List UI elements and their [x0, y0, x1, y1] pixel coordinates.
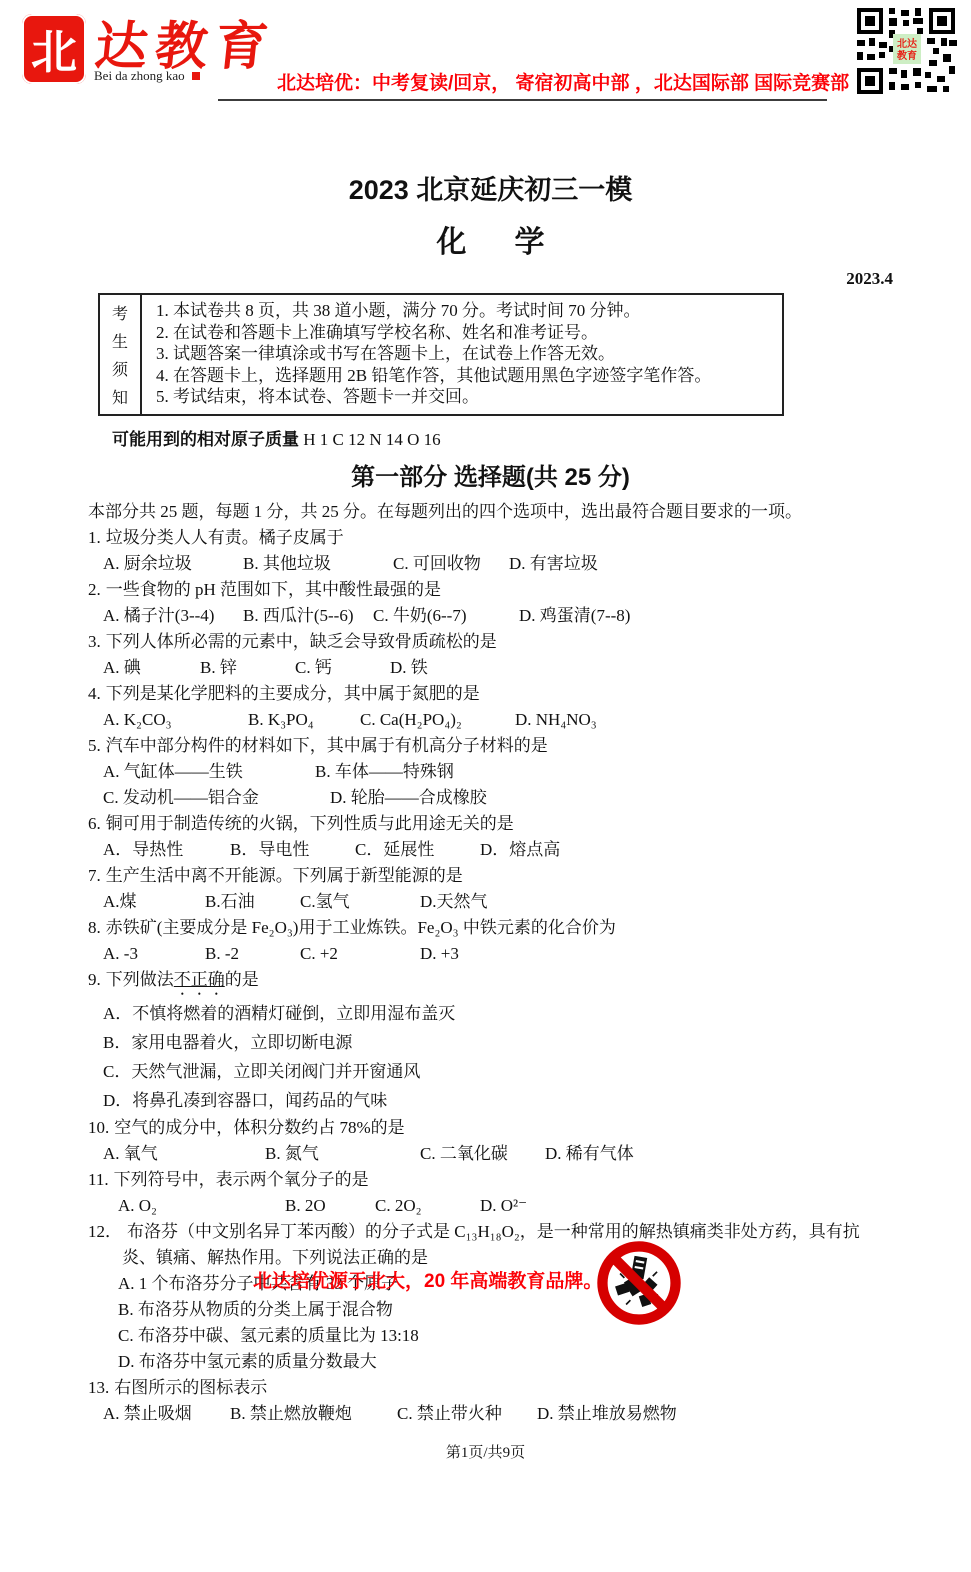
option: B．家用电器着火，立即切断电源: [103, 1028, 893, 1057]
option: D. 禁止堆放易燃物: [537, 1401, 677, 1427]
question-10: 10.空气的成分中，体积分数约占 78%的是 A. 氧气 B. 氮气 C. 二氧…: [88, 1115, 893, 1167]
option: B. 氮气: [265, 1141, 420, 1167]
option: D. O²⁻: [480, 1193, 527, 1219]
option: C. 禁止带火种: [397, 1401, 537, 1427]
notice-item: 2. 在试卷和答题卡上准确填写学校名称、姓名和准考证号。: [156, 322, 711, 344]
exam-date: 2023.4: [88, 269, 893, 289]
question-stem: 下列人体所必需的元素中，缺乏会导致骨质疏松的是: [106, 632, 497, 651]
no-firecrackers-sign-icon: [596, 1240, 682, 1326]
notice-item: 3. 试题答案一律填涂或书写在答题卡上，在试卷上作答无效。: [156, 343, 711, 365]
option: A. O₂: [118, 1193, 285, 1219]
qr-center-text-1: 北达: [897, 37, 917, 50]
question-number: 4.: [88, 684, 101, 703]
atomic-mass-line: 可能用到的相对原子质量 H 1 C 12 N 14 O 16: [112, 425, 893, 450]
question-stem: 赤铁矿(主要成分是 Fe₂O₃)用于工业炼铁。Fe₂O₃ 中铁元素的化合价为: [106, 918, 616, 937]
option: A．不慎将燃着的酒精灯碰倒，立即用湿布盖灭: [103, 999, 893, 1028]
question-stem: 下列符号中，表示两个氧分子的是: [114, 1170, 369, 1189]
question-stem-emphasis: 不正确: [174, 970, 225, 989]
section-heading: 第一部分 选择题(共 25 分): [88, 457, 893, 492]
question-number: 9.: [88, 970, 101, 989]
notice-label-char: 生: [112, 329, 128, 352]
notice-label-char: 知: [112, 385, 128, 408]
question-1: 1.垃圾分类人人有责。橘子皮属于 A. 厨余垃圾 B. 其他垃圾 C. 可回收物…: [88, 525, 893, 577]
question-number: 12．: [88, 1222, 122, 1241]
notice-item: 4. 在答题卡上，选择题用 2B 铅笔作答，其他试题用黑色字迹签字笔作答。: [156, 365, 711, 387]
section-intro: 本部分共 25 题，每题 1 分，共 25 分。在每题列出的四个选项中，选出最符…: [88, 497, 893, 522]
question-9: 9.下列做法不正确的是 A．不慎将燃着的酒精灯碰倒，立即用湿布盖灭 B．家用电器…: [88, 967, 893, 1115]
option: D. +3: [420, 941, 459, 967]
question-8: 8.赤铁矿(主要成分是 Fe₂O₃)用于工业炼铁。Fe₂O₃ 中铁元素的化合价为…: [88, 915, 893, 967]
notice-item: 5. 考试结束，将本试卷、答题卡一并交回。: [156, 386, 711, 408]
question-number: 11.: [88, 1170, 109, 1189]
question-12: 12．布洛芬（中文别名异丁苯丙酸）的分子式是 C₁₃H₁₈O₂，是一种常用的解热…: [88, 1219, 893, 1375]
red-square-icon: [192, 72, 200, 80]
exam-title: 2023 北京延庆初三一模: [88, 168, 893, 207]
option: D. 有害垃圾: [509, 551, 598, 577]
option: D. 稀有气体: [545, 1141, 634, 1167]
question-number: 13.: [88, 1378, 109, 1397]
question-number: 1.: [88, 528, 101, 547]
option: A. 碘: [103, 655, 200, 681]
question-6: 6.铜可用于制造传统的火锅，下列性质与此用途无关的是 A．导热性 B．导电性 C…: [88, 811, 893, 863]
question-stem: 下列做法: [106, 970, 174, 989]
question-11: 11.下列符号中，表示两个氧分子的是 A. O₂ B. 2O C. 2O₂ D.…: [88, 1167, 893, 1219]
option: B. 其他垃圾: [243, 551, 393, 577]
question-stem: 一些食物的 pH 范围如下，其中酸性最强的是: [106, 580, 441, 599]
option: B. -2: [205, 941, 300, 967]
option: B. 锌: [200, 655, 295, 681]
option: A. K₂CO₃: [103, 707, 248, 733]
option: A. 禁止吸烟: [103, 1401, 230, 1427]
option: C. 牛奶(6--7): [373, 603, 519, 629]
question-number: 5.: [88, 736, 101, 755]
option: D. 轮胎——合成橡胶: [330, 785, 487, 811]
question-number: 7.: [88, 866, 101, 885]
question-number: 8.: [88, 918, 101, 937]
option: A．导热性: [103, 837, 230, 863]
exam-subject: 化学: [88, 217, 893, 261]
question-5: 5.汽车中部分构件的材料如下，其中属于有机高分子材料的是 A. 气缸体——生铁 …: [88, 733, 893, 811]
question-stem: 垃圾分类人人有责。橘子皮属于: [106, 528, 344, 547]
question-stem: 生产生活中离不开能源。下列属于新型能源的是: [106, 866, 463, 885]
option: D．将鼻孔凑到容器口，闻药品的气味: [103, 1086, 893, 1115]
option: B. 2O: [285, 1193, 375, 1219]
option: A. 氧气: [103, 1141, 265, 1167]
notice-items: 1. 本试卷共 8 页，共 38 道小题，满分 70 分。考试时间 70 分钟。…: [142, 295, 725, 414]
promo-banner: 北达培优：中考复读/回京， 寄宿初高中部 ，北达国际部 国际竞赛部: [277, 68, 849, 95]
option: A. 厨余垃圾: [103, 551, 243, 577]
question-stem: 右图所示的图标表示: [114, 1378, 267, 1397]
option: A. -3: [103, 941, 205, 967]
option: A. 橘子汁(3--4): [103, 603, 243, 629]
question-stem: 下列是某化学肥料的主要成分，其中属于氮肥的是: [106, 684, 480, 703]
option: C.氢气: [300, 889, 420, 915]
qr-center-text-2: 教育: [896, 49, 917, 62]
logo-subtitle: Bei da zhong kao: [94, 68, 200, 84]
option: B. 布洛芬从物质的分类上属于混合物: [118, 1297, 893, 1323]
question-stem: 汽车中部分构件的材料如下，其中属于有机高分子材料的是: [106, 736, 548, 755]
question-stem: 的是: [225, 970, 259, 989]
logo-seal-icon: 北: [22, 14, 86, 84]
question-number: 10.: [88, 1118, 109, 1137]
option: C. 二氧化碳: [420, 1141, 545, 1167]
notice-label-char: 考: [112, 301, 128, 324]
question-13: 13.右图所示的图标表示 A. 禁止吸烟 B. 禁止燃放鞭炮 C. 禁止带火种 …: [88, 1375, 893, 1427]
option: C. +2: [300, 941, 420, 967]
option: C．天然气泄漏，立即关闭阀门并开窗通风: [103, 1057, 893, 1086]
option: D. 布洛芬中氢元素的质量分数最大: [118, 1349, 893, 1375]
option: C．延展性: [355, 837, 480, 863]
option: C. 发动机——铝合金: [103, 785, 330, 811]
question-4: 4.下列是某化学肥料的主要成分，其中属于氮肥的是 A. K₂CO₃ B. K₃P…: [88, 681, 893, 733]
option: C. Ca(H₂PO₄)₂: [360, 707, 515, 733]
option: D. NH₄NO₃: [515, 707, 597, 733]
logo-seal-char: 北: [31, 16, 77, 82]
atomic-mass-label: 可能用到的相对原子质量: [112, 430, 299, 449]
option: D.天然气: [420, 889, 488, 915]
notice-label: 考 生 须 知: [100, 295, 142, 414]
question-stem: 布洛芬（中文别名异丁苯丙酸）的分子式是 C₁₃H₁₈O₂，是一种常用的解热镇痛类…: [122, 1222, 860, 1267]
question-3: 3.下列人体所必需的元素中，缺乏会导致骨质疏松的是 A. 碘 B. 锌 C. 钙…: [88, 629, 893, 681]
option: B. 西瓜汁(5--6): [243, 603, 373, 629]
header-divider: [218, 99, 827, 101]
option: C. 可回收物: [393, 551, 509, 577]
candidate-notice-box: 考 生 须 知 1. 本试卷共 8 页，共 38 道小题，满分 70 分。考试时…: [98, 293, 784, 416]
option: C. 2O₂: [375, 1193, 480, 1219]
option: A.煤: [103, 889, 205, 915]
option: B. K₃PO₄: [248, 707, 360, 733]
question-stem: 铜可用于制造传统的火锅，下列性质与此用途无关的是: [106, 814, 514, 833]
logo-subtitle-text: Bei da zhong kao: [94, 68, 185, 83]
option: B. 车体——特殊钢: [315, 759, 454, 785]
question-stem: 空气的成分中，体积分数约占 78%的是: [114, 1118, 404, 1137]
option: B.石油: [205, 889, 300, 915]
option: C. 钙: [295, 655, 390, 681]
atomic-mass-values: H 1 C 12 N 14 O 16: [303, 430, 440, 449]
notice-item: 1. 本试卷共 8 页，共 38 道小题，满分 70 分。考试时间 70 分钟。: [156, 300, 711, 322]
option: C. 布洛芬中碳、氢元素的质量比为 13:18: [118, 1323, 893, 1349]
option: A. 气缸体——生铁: [103, 759, 315, 785]
option: D. 铁: [390, 655, 428, 681]
option: B. 禁止燃放鞭炮: [230, 1401, 397, 1427]
question-2: 2.一些食物的 pH 范围如下，其中酸性最强的是 A. 橘子汁(3--4) B.…: [88, 577, 893, 629]
question-7: 7.生产生活中离不开能源。下列属于新型能源的是 A.煤 B.石油 C.氢气 D.…: [88, 863, 893, 915]
notice-label-char: 须: [112, 357, 128, 380]
main-content: 2023 北京延庆初三一模 化学 2023.4 考 生 须 知 1. 本试卷共 …: [88, 168, 893, 1427]
option: D. 鸡蛋清(7--8): [519, 603, 630, 629]
exam-page: 北 达教育 Bei da zhong kao 北达培优：中考复读/回京， 寄宿初…: [0, 0, 971, 1572]
option: B．导电性: [230, 837, 355, 863]
qr-code-icon: 北达 教育: [855, 6, 959, 98]
page-number: 第1页/共9页: [0, 1441, 971, 1462]
question-number: 2.: [88, 580, 101, 599]
question-number: 3.: [88, 632, 101, 651]
question-number: 6.: [88, 814, 101, 833]
option: D．熔点高: [480, 837, 560, 863]
